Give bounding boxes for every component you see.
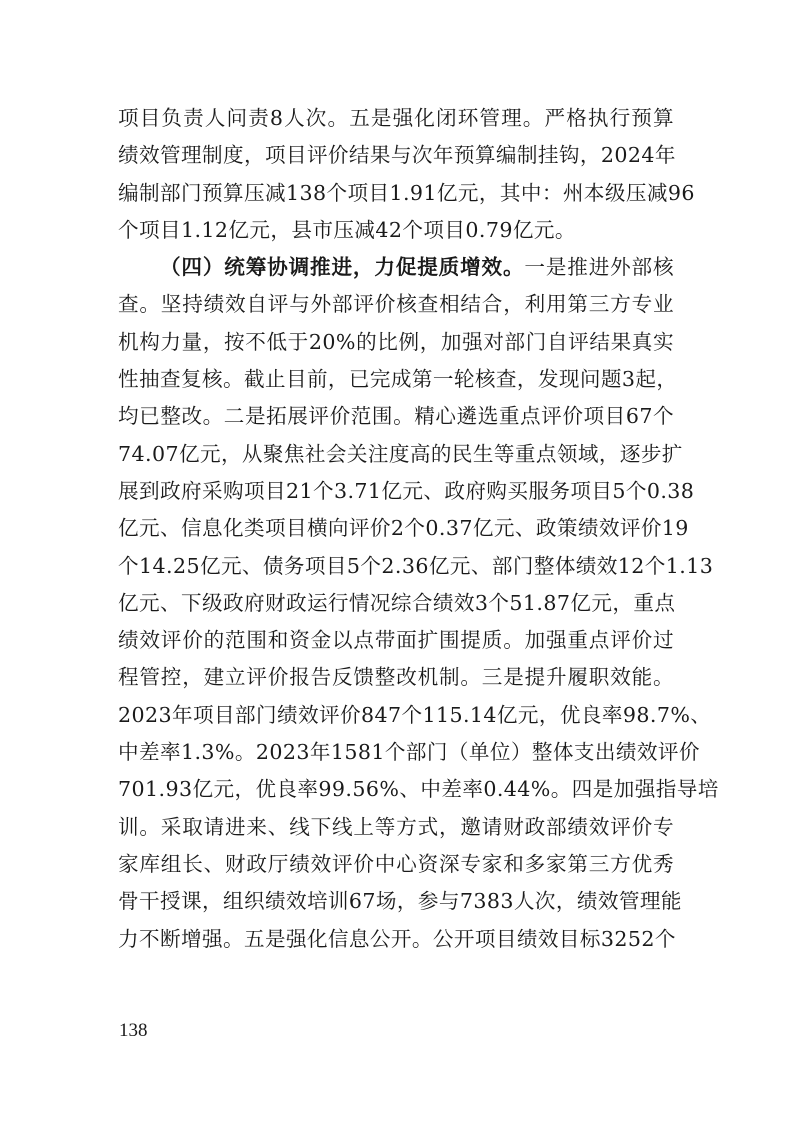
text-line: 均已整改。二是拓展评价范围。精心遴选重点评价项目67个 — [118, 398, 674, 435]
text-line: 家库组长、财政厅绩效评价中心资深专家和多家第三方优秀 — [118, 846, 674, 883]
text-line: 训。采取请进来、线下线上等方式，邀请财政部绩效评价专 — [118, 809, 674, 846]
text-line: 编制部门预算压减138个项目1.91亿元，其中：州本级压减96 — [118, 175, 674, 212]
text-line: 骨干授课，组织绩效培训67场，参与7383人次，绩效管理能 — [118, 883, 674, 920]
text-line: 项目负责人问责8人次。五是强化闭环管理。严格执行预算 — [118, 100, 674, 137]
text-line: 查。坚持绩效自评与外部评价核查相结合，利用第三方专业 — [118, 286, 674, 323]
text-run: 一是推进外部核 — [524, 255, 674, 279]
text-line: 力不断增强。五是强化信息公开。公开项目绩效目标3252个 — [118, 921, 674, 958]
text-line: 74.07亿元，从聚焦社会关注度高的民生等重点领域，逐步扩 — [118, 436, 674, 473]
text-line: 展到政府采购项目21个3.71亿元、政府购买服务项目5个0.38 — [118, 473, 674, 510]
text-line: 701.93亿元，优良率99.56%、中差率0.44%。四是加强指导培 — [118, 771, 674, 808]
text-line: 2023年项目部门绩效评价847个115.14亿元，优良率98.7%、 — [118, 697, 674, 734]
text-line: 个14.25亿元、债务项目5个2.36亿元、部门整体绩效12个1.13 — [118, 548, 674, 585]
text-line: 程管控，建立评价报告反馈整改机制。三是提升履职效能。 — [118, 659, 674, 696]
text-line: 中差率1.3%。2023年1581个部门（单位）整体支出绩效评价 — [118, 734, 674, 771]
text-line: 机构力量，按不低于20%的比例，加强对部门自评结果真实 — [118, 324, 674, 361]
text-line: 绩效评价的范围和资金以点带面扩围提质。加强重点评价过 — [118, 622, 674, 659]
text-line: 亿元、信息化类项目横向评价2个0.37亿元、政策绩效评价19 — [118, 510, 674, 547]
text-line: 绩效管理制度，项目评价结果与次年预算编制挂钩，2024年 — [118, 137, 674, 174]
section-heading-line: （四）统筹协调推进，力促提质增效。一是推进外部核 — [118, 249, 674, 286]
text-line: 个项目1.12亿元，县市压减42个项目0.79亿元。 — [118, 212, 674, 249]
text-line: 性抽查复核。截止目前，已完成第一轮核查，发现问题3起， — [118, 361, 674, 398]
page-number: 138 — [119, 1020, 148, 1042]
text-line: 亿元、下级政府财政运行情况综合绩效3个51.87亿元，重点 — [118, 585, 674, 622]
section-heading: （四）统筹协调推进，力促提质增效。 — [160, 255, 524, 279]
document-page: 项目负责人问责8人次。五是强化闭环管理。严格执行预算 绩效管理制度，项目评价结果… — [0, 0, 793, 1122]
body-text: 项目负责人问责8人次。五是强化闭环管理。严格执行预算 绩效管理制度，项目评价结果… — [118, 100, 674, 958]
